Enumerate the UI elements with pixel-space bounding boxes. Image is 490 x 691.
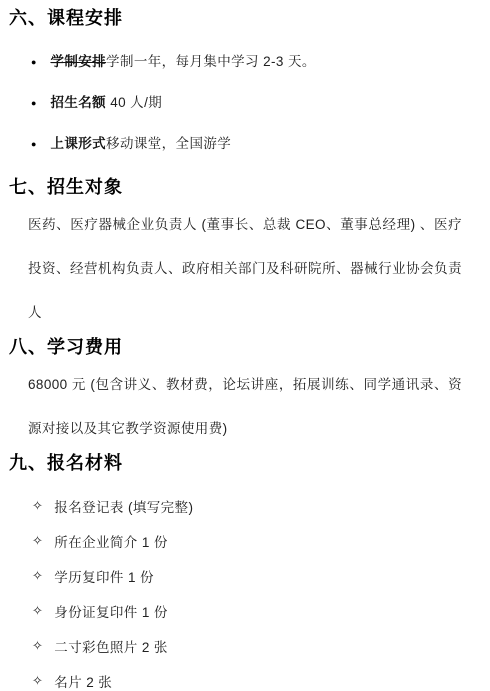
bullet-icon: ● [31,52,36,72]
section-heading-application-materials: 九、报名材料 [9,451,490,475]
section-application-materials: 九、报名材料 ✧ 报名登记表 (填写完整) ✧ 所在企业简介 1 份 ✧ 学历复… [0,451,490,690]
section-tuition-fee: 八、学习费用 68000 元 (包含讲义、教材费，论坛讲座，拓展训练、同学通讯录… [0,335,490,451]
material-item-text: 名片 2 张 [54,671,112,691]
material-item-registration-form: ✧ 报名登记表 (填写完整) [0,497,490,515]
bullet-icon: ● [31,93,36,113]
four-pointed-star-icon: ✧ [32,567,43,585]
material-item-diploma-copy: ✧ 学历复印件 1 份 [0,567,490,585]
section-heading-tuition-fee: 八、学习费用 [9,335,490,359]
bullet-item-class-format: ● 上课形式移动课堂，全国游学 [0,134,490,154]
bullet-list: ● 学制安排学制一年，每月集中学习 2-3 天。 ● 招生名额 40 人/期 ●… [0,52,490,154]
bullet-item-enrollment-quota: ● 招生名额 40 人/期 [0,93,490,113]
material-item-color-photos: ✧ 二寸彩色照片 2 张 [0,637,490,655]
bullet-item-text: 招生名额 40 人/期 [50,93,162,113]
material-item-business-cards: ✧ 名片 2 张 [0,672,490,690]
section-enrollment-target: 七、招生对象 医药、医疗器械企业负责人 (董事长、总裁 CEO、董事总经理) 、… [0,175,490,335]
section-heading-course-schedule: 六、课程安排 [9,6,490,30]
material-item-company-profile: ✧ 所在企业简介 1 份 [0,532,490,550]
four-pointed-star-icon: ✧ [32,497,43,515]
material-item-id-card-copy: ✧ 身份证复印件 1 份 [0,602,490,620]
item-label: 上课形式 [50,136,106,151]
four-pointed-star-icon: ✧ [32,602,43,620]
section-heading-enrollment-target: 七、招生对象 [9,175,490,199]
section-course-schedule: 六、课程安排 ● 学制安排学制一年，每月集中学习 2-3 天。 ● 招生名额 4… [0,6,490,154]
diamond-list: ✧ 报名登记表 (填写完整) ✧ 所在企业简介 1 份 ✧ 学历复印件 1 份 … [0,497,490,690]
material-item-text: 学历复印件 1 份 [54,566,154,586]
four-pointed-star-icon: ✧ [32,637,43,655]
four-pointed-star-icon: ✧ [32,532,43,550]
enrollment-target-paragraph: 医药、医疗器械企业负责人 (董事长、总裁 CEO、董事总经理) 、医疗投资、经营… [28,203,462,335]
bullet-item-text: 学制安排学制一年，每月集中学习 2-3 天。 [50,52,315,72]
material-item-text: 身份证复印件 1 份 [54,601,168,621]
document-page: 六、课程安排 ● 学制安排学制一年，每月集中学习 2-3 天。 ● 招生名额 4… [0,0,490,691]
material-item-text: 报名登记表 (填写完整) [54,496,193,516]
item-value: 移动课堂，全国游学 [106,136,231,151]
item-label: 招生名额 [50,95,106,110]
bullet-item-study-system: ● 学制安排学制一年，每月集中学习 2-3 天。 [0,52,490,72]
material-item-text: 所在企业简介 1 份 [54,531,168,551]
item-value: 学制一年，每月集中学习 2-3 天。 [106,54,316,69]
bullet-icon: ● [31,134,36,154]
tuition-fee-paragraph: 68000 元 (包含讲义、教材费，论坛讲座，拓展训练、同学通讯录、资源对接以及… [28,363,462,451]
four-pointed-star-icon: ✧ [32,672,43,690]
item-label: 学制安排 [50,54,106,69]
item-value: 40 人/期 [106,95,162,110]
bullet-item-text: 上课形式移动课堂，全国游学 [50,134,231,154]
material-item-text: 二寸彩色照片 2 张 [54,636,168,656]
